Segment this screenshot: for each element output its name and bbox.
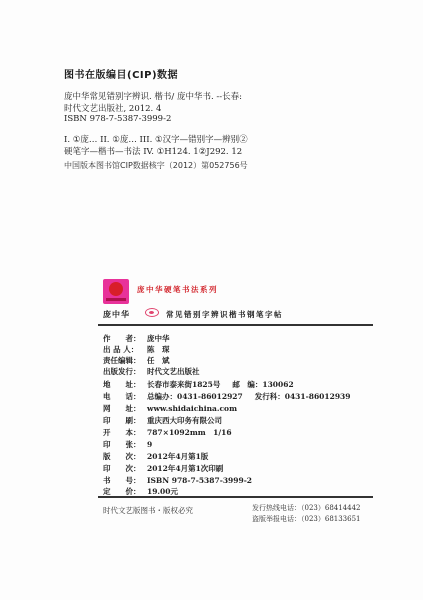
book-title: 常见错别字辨识楷书钢笔字帖 bbox=[166, 309, 283, 320]
info-row-publisher: 出版发行：时代文艺出版社 bbox=[103, 366, 200, 377]
info-label: 地 址： bbox=[103, 379, 147, 390]
info-value: 时代文艺出版社 bbox=[147, 367, 200, 376]
cip-line: 时代文艺出版社, 2012. 4 bbox=[64, 102, 161, 114]
info-row-author: 作 者：庞中华 bbox=[103, 333, 170, 344]
cip-line: I. ①庞… II. ①庞… III. ①汉字—错别字—辨别② bbox=[64, 133, 248, 145]
info-label: 印 张： bbox=[103, 439, 147, 450]
copyright-notice: 时代文艺版图书・版权必究 bbox=[103, 505, 193, 516]
info-label: 开 本： bbox=[103, 427, 147, 438]
complaint-phone: 盗版举报电话：（023）68133651 bbox=[252, 514, 361, 524]
info-label: 印 次： bbox=[103, 463, 147, 474]
info-label: 出版发行： bbox=[103, 366, 147, 377]
info-label: 作 者： bbox=[103, 333, 147, 344]
divider-top bbox=[98, 324, 373, 326]
info-value: 长春市泰来街1825号 bbox=[147, 380, 220, 389]
series-name: 庞中华硬笔书法系列 bbox=[137, 284, 218, 295]
cip-title: 图书在版编目(CIP)数据 bbox=[64, 66, 178, 81]
info-row-isbn: 书 号：ISBN 978-7-5387-3999-2 bbox=[103, 475, 252, 486]
badge-bar bbox=[106, 298, 126, 301]
info-row-editor: 责任编辑：任 斌 bbox=[103, 355, 170, 366]
cip-line: ISBN 978-7-5387-3999-2 bbox=[64, 114, 171, 124]
info-label: 版 次： bbox=[103, 451, 147, 462]
info-value: 庞中华 bbox=[147, 334, 170, 343]
cip-line: 硬笔字—楷书—书法 IV. ①H124. 1②J292. 12 bbox=[64, 145, 242, 157]
info-value: www.shidaichina.com bbox=[147, 404, 237, 413]
divider-bottom bbox=[98, 496, 373, 498]
info-row-format: 开 本：787×1092mm 1/16 bbox=[103, 427, 232, 438]
portrait-face bbox=[109, 282, 123, 296]
info-label: 责任编辑： bbox=[103, 355, 147, 366]
info-value: 2012年4月第1版 bbox=[147, 452, 208, 461]
info-label: 网 址： bbox=[103, 403, 147, 414]
info-row-printer: 印 刷：重庆西大印务有限公司 bbox=[103, 415, 222, 426]
info-row-edition: 版 次：2012年4月第1版 bbox=[103, 451, 208, 462]
info-row-producer: 出 品 人：陈 琛 bbox=[103, 344, 170, 355]
hotline-phone: 发行热线电话：（023）68414442 bbox=[252, 503, 361, 513]
info-value: 总编办：0431-86012927 bbox=[147, 392, 243, 401]
info-value: 2012年4月第1次印刷 bbox=[147, 464, 223, 473]
info-row-sheets: 印 张：9 bbox=[103, 439, 152, 450]
info-row-website: 网 址：www.shidaichina.com bbox=[103, 403, 237, 414]
info-extra: 邮 编：130062 bbox=[232, 380, 293, 389]
cip-line: 庞中华常见错别字辨识. 楷书/ 庞中华书. --长春: bbox=[64, 90, 242, 102]
info-value: 9 bbox=[147, 440, 152, 449]
info-label: 书 号： bbox=[103, 475, 147, 486]
info-row-printing: 印 次：2012年4月第1次印刷 bbox=[103, 463, 223, 474]
author-mark: 庞中华 bbox=[103, 309, 130, 320]
info-extra: 发行科：0431-86012939 bbox=[255, 392, 351, 401]
portrait-badge-icon bbox=[103, 279, 129, 304]
info-value: 19.00元 bbox=[147, 487, 178, 496]
info-value: 任 斌 bbox=[147, 356, 170, 365]
info-label: 出 品 人： bbox=[103, 344, 147, 355]
cip-verification: 中国版本图书馆CIP数据核字（2012）第052756号 bbox=[64, 160, 248, 171]
info-row-phone: 电 话：总编办：0431-86012927发行科：0431-86012939 bbox=[103, 391, 351, 402]
info-value: 787×1092mm 1/16 bbox=[147, 428, 232, 437]
publisher-logo-icon bbox=[145, 308, 159, 317]
info-label: 印 刷： bbox=[103, 415, 147, 426]
info-label: 电 话： bbox=[103, 391, 147, 402]
info-value: ISBN 978-7-5387-3999-2 bbox=[147, 476, 252, 485]
info-value: 陈 琛 bbox=[147, 345, 170, 354]
info-row-address: 地 址：长春市泰来街1825号邮 编：130062 bbox=[103, 379, 294, 390]
info-value: 重庆西大印务有限公司 bbox=[147, 416, 222, 425]
